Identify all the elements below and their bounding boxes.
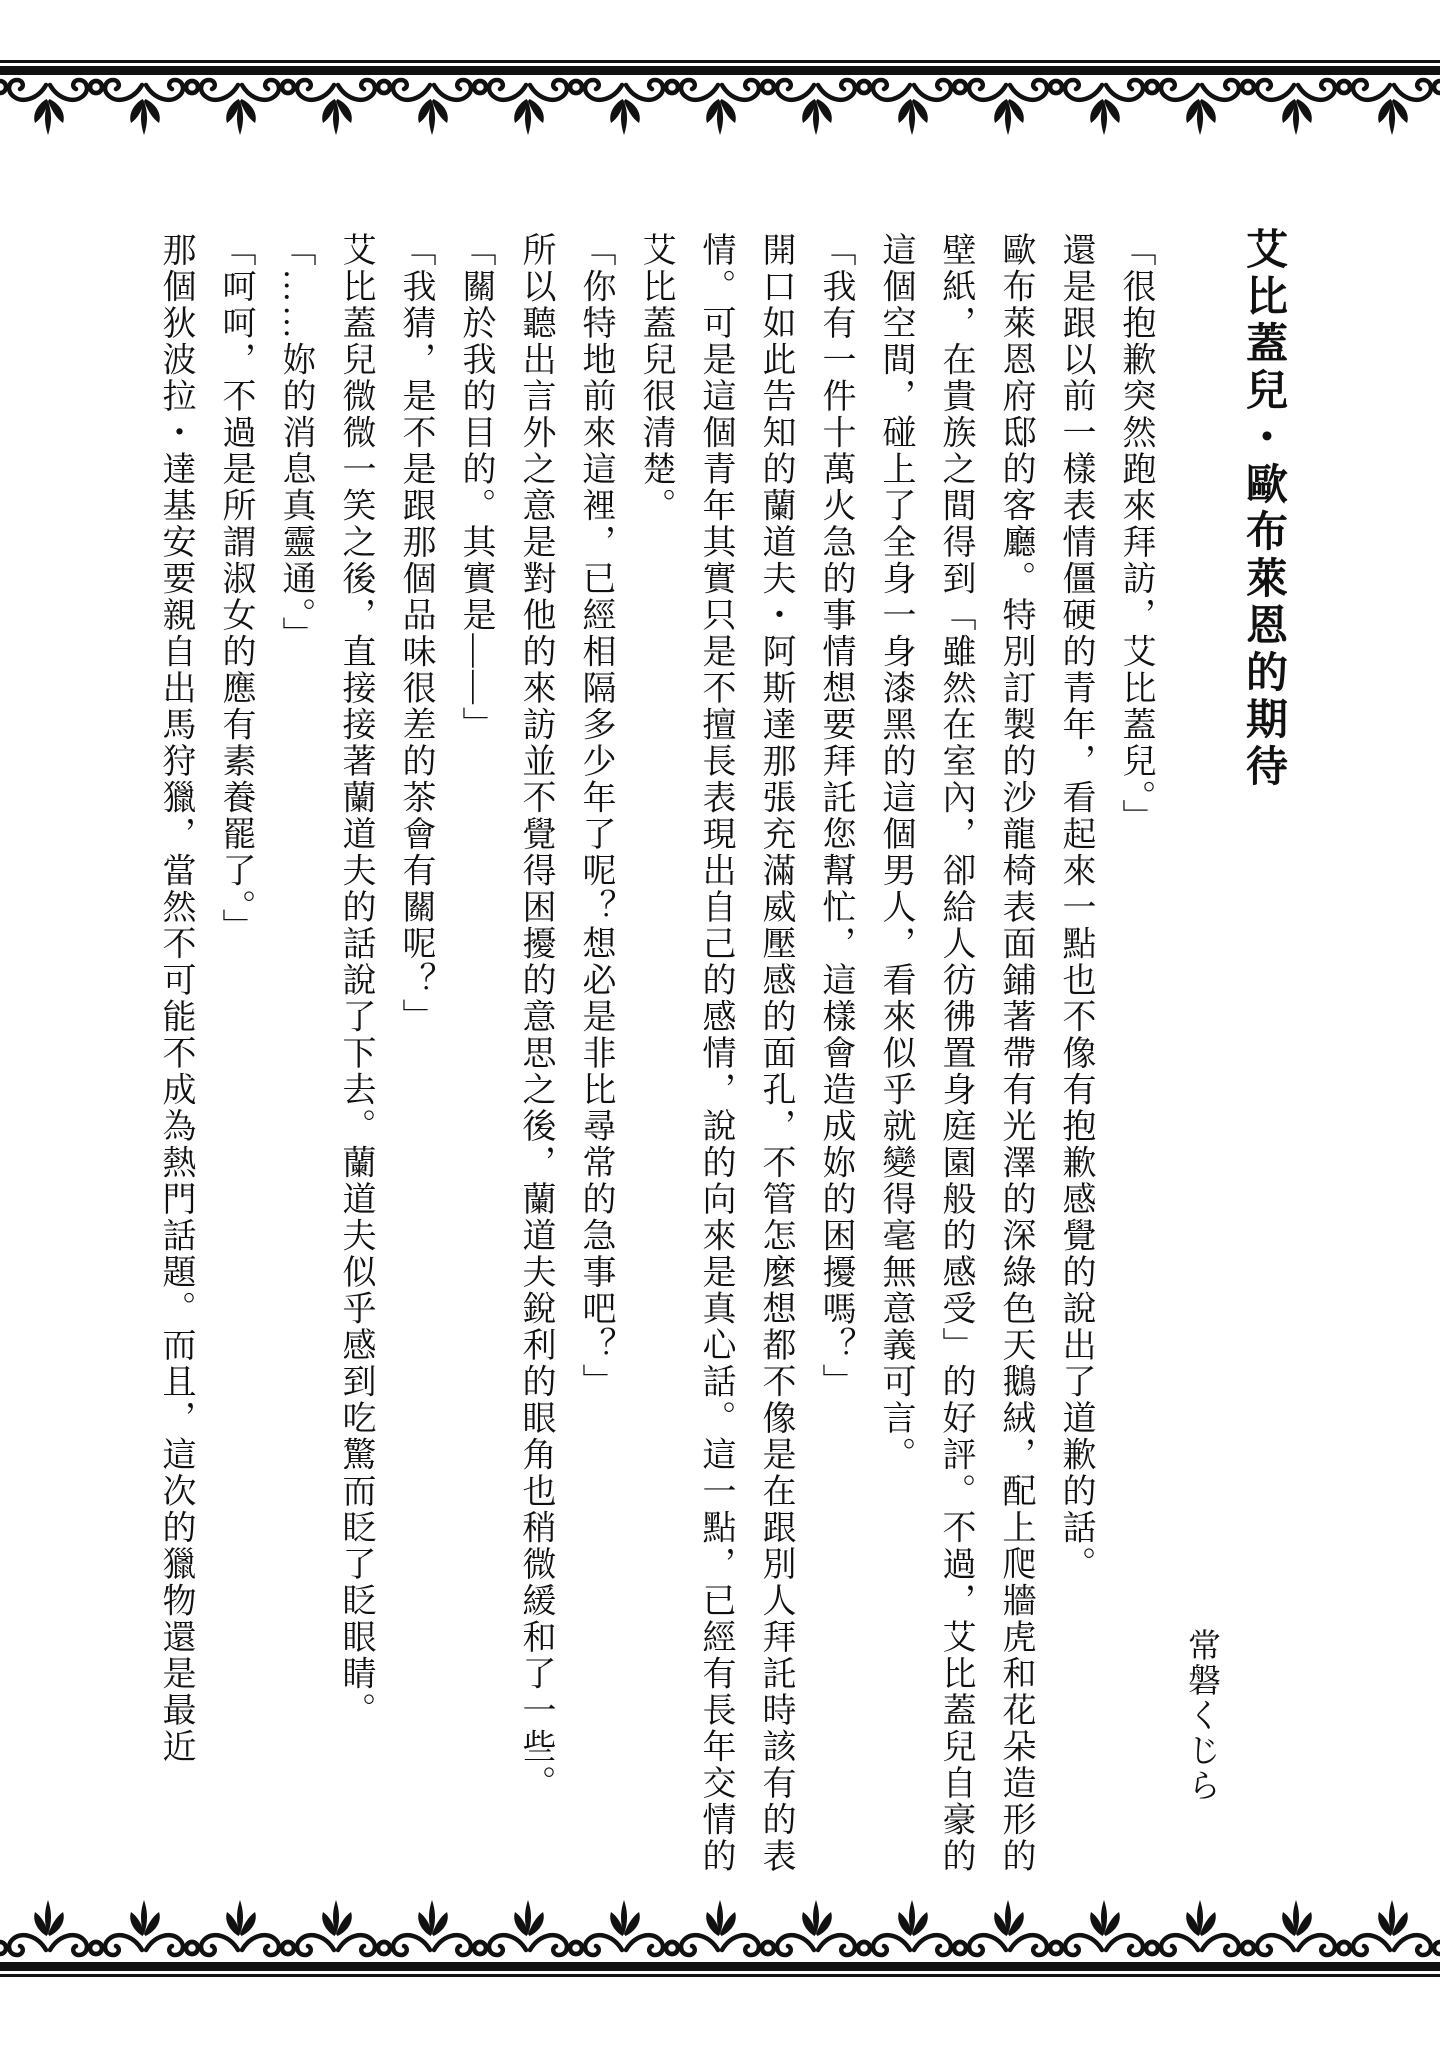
bottom-thin-rule bbox=[0, 1974, 1440, 1977]
paragraph-10: 艾比蓋兒微微一笑之後，直接接著蘭道夫的話說了下去。蘭道夫似乎感到吃驚而眨了眨眼睛… bbox=[325, 232, 385, 1892]
paragraph-12: 「呵呵，不過是所謂淑女的應有素養罷了。」 bbox=[205, 232, 265, 1892]
paragraph-3: 歐布萊恩府邸的客廳。特別訂製的沙龍椅表面鋪著帶有光澤的深綠色天鵝絨，配上爬牆虎和… bbox=[865, 232, 1045, 1892]
paragraph-13: 那個狄波拉・達基安要親自出馬狩獵，當然不可能不成為熱門話題。而且，這次的獵物還是… bbox=[145, 232, 205, 1892]
paragraph-8: 「關於我的目的。其實是——」 bbox=[445, 232, 505, 1892]
top-ornament-border bbox=[0, 58, 1440, 200]
paragraph-1: 「很抱歉突然跑來拜訪，艾比蓋兒。」 bbox=[1105, 232, 1165, 1892]
paragraph-5: 開口如此告知的蘭道夫・阿斯達那張充滿威壓感的面孔，不管怎麼想都不像是在跟別人拜託… bbox=[625, 232, 805, 1892]
paragraph-4: 「我有一件十萬火急的事情想要拜託您幫忙，這樣會造成妳的困擾嗎？」 bbox=[805, 232, 865, 1892]
top-thick-rule bbox=[0, 66, 1440, 75]
author-name: 常磐くじら bbox=[1178, 1628, 1225, 1848]
paragraph-7: 所以聽出言外之意是對他的來訪並不覺得困擾的意思之後，蘭道夫銳利的眼角也稍微緩和了… bbox=[505, 232, 565, 1892]
book-page: { "page": { "title": "艾比蓋兒・歐布萊恩的期待", "au… bbox=[0, 0, 1440, 2048]
paragraph-6: 「你特地前來這裡，已經相隔多少年了呢？想必是非比尋常的急事吧？」 bbox=[565, 232, 625, 1892]
bottom-thick-rule bbox=[0, 1962, 1440, 1971]
story-text: 「很抱歉突然跑來拜訪，艾比蓋兒。」 還是跟以前一樣表情僵硬的青年，看起來一點也不… bbox=[145, 232, 1165, 1892]
top-thin-rule bbox=[0, 60, 1440, 63]
paragraph-11: 「……妳的消息真靈通。」 bbox=[265, 232, 325, 1892]
paragraph-9: 「我猜，是不是跟那個品味很差的茶會有關呢？」 bbox=[385, 232, 445, 1892]
paragraph-2: 還是跟以前一樣表情僵硬的青年，看起來一點也不像有抱歉感覺的說出了道歉的話。 bbox=[1045, 232, 1105, 1892]
chapter-title: 艾比蓋兒・歐布萊恩的期待 bbox=[1233, 227, 1293, 867]
bottom-ornament-border bbox=[0, 1898, 1440, 1980]
